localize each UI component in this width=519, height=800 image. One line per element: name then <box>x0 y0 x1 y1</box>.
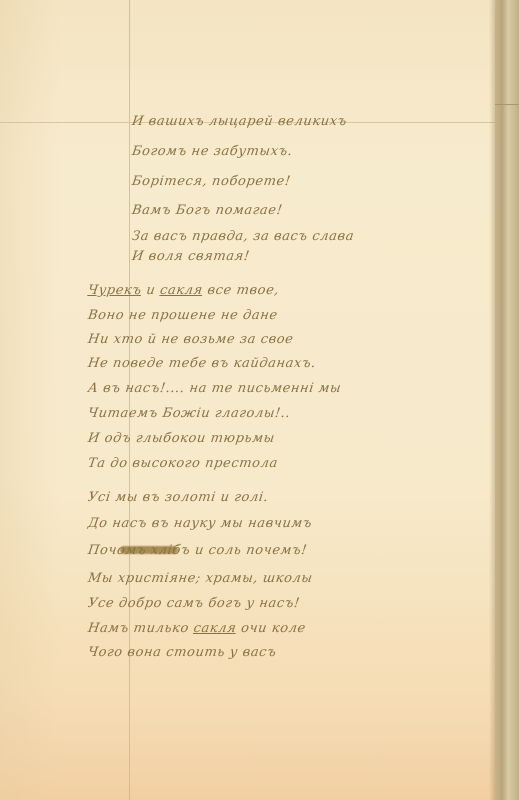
poem-line: Ни хто й не возьме за свое <box>87 332 295 347</box>
poem-line: За васъ правда, за васъ слава <box>131 229 355 244</box>
poem-line: До насъ въ науку мы навчимъ <box>87 516 313 531</box>
poem-fragment: и <box>141 283 162 298</box>
poem-line: Усе добро самъ богъ у насъ! <box>87 596 301 611</box>
poem-line: Воно не прошене не дане <box>87 308 279 323</box>
poem-line: Богомъ не забутыхъ. <box>131 144 294 159</box>
poem-text: И вашихъ лыцарей великихъ Богомъ не забу… <box>0 0 495 800</box>
poem-line: И вашихъ лыцарей великихъ <box>131 114 348 129</box>
poem-line: И одъ глыбокои тюрьмы <box>87 431 276 446</box>
manuscript-page: И вашихъ лыцарей великихъ Богомъ не забу… <box>0 0 519 800</box>
poem-line: А въ насъ!.... на те письменні мы <box>87 381 342 396</box>
poem-line: Чого вона стоить у васъ <box>87 645 277 660</box>
poem-line: Намъ тилько сакля очи коле <box>87 621 307 636</box>
poem-line: Усі мы въ золоті и голі. <box>87 490 269 505</box>
binding-seam <box>495 104 519 105</box>
poem-fragment: очи коле <box>235 621 307 636</box>
book-binding-edge <box>495 0 519 800</box>
poem-line: Читаемъ Божіи глаголы!.. <box>87 406 291 421</box>
poem-line: Почомъ хлібъ и соль почемъ! <box>87 543 308 558</box>
poem-fragment: Намъ тилько <box>87 621 195 636</box>
poem-line: Борітеся, поборете! <box>131 174 292 189</box>
underlined-word: сакля <box>193 621 238 636</box>
poem-line: Не поведе тебе въ кайданахъ. <box>87 356 317 371</box>
poem-fragment: все твое, <box>202 283 280 298</box>
underlined-word: Чурекъ <box>87 283 143 298</box>
underlined-word: сакля <box>159 283 204 298</box>
poem-line: И воля святая! <box>131 249 251 264</box>
poem-line: Вамъ Богъ помагае! <box>131 203 284 218</box>
poem-line: Чурекъ и сакля все твое, <box>87 283 280 298</box>
poem-line: Мы христіяне; храмы, школы <box>87 571 314 586</box>
poem-line: Та до высокого престола <box>87 456 279 471</box>
